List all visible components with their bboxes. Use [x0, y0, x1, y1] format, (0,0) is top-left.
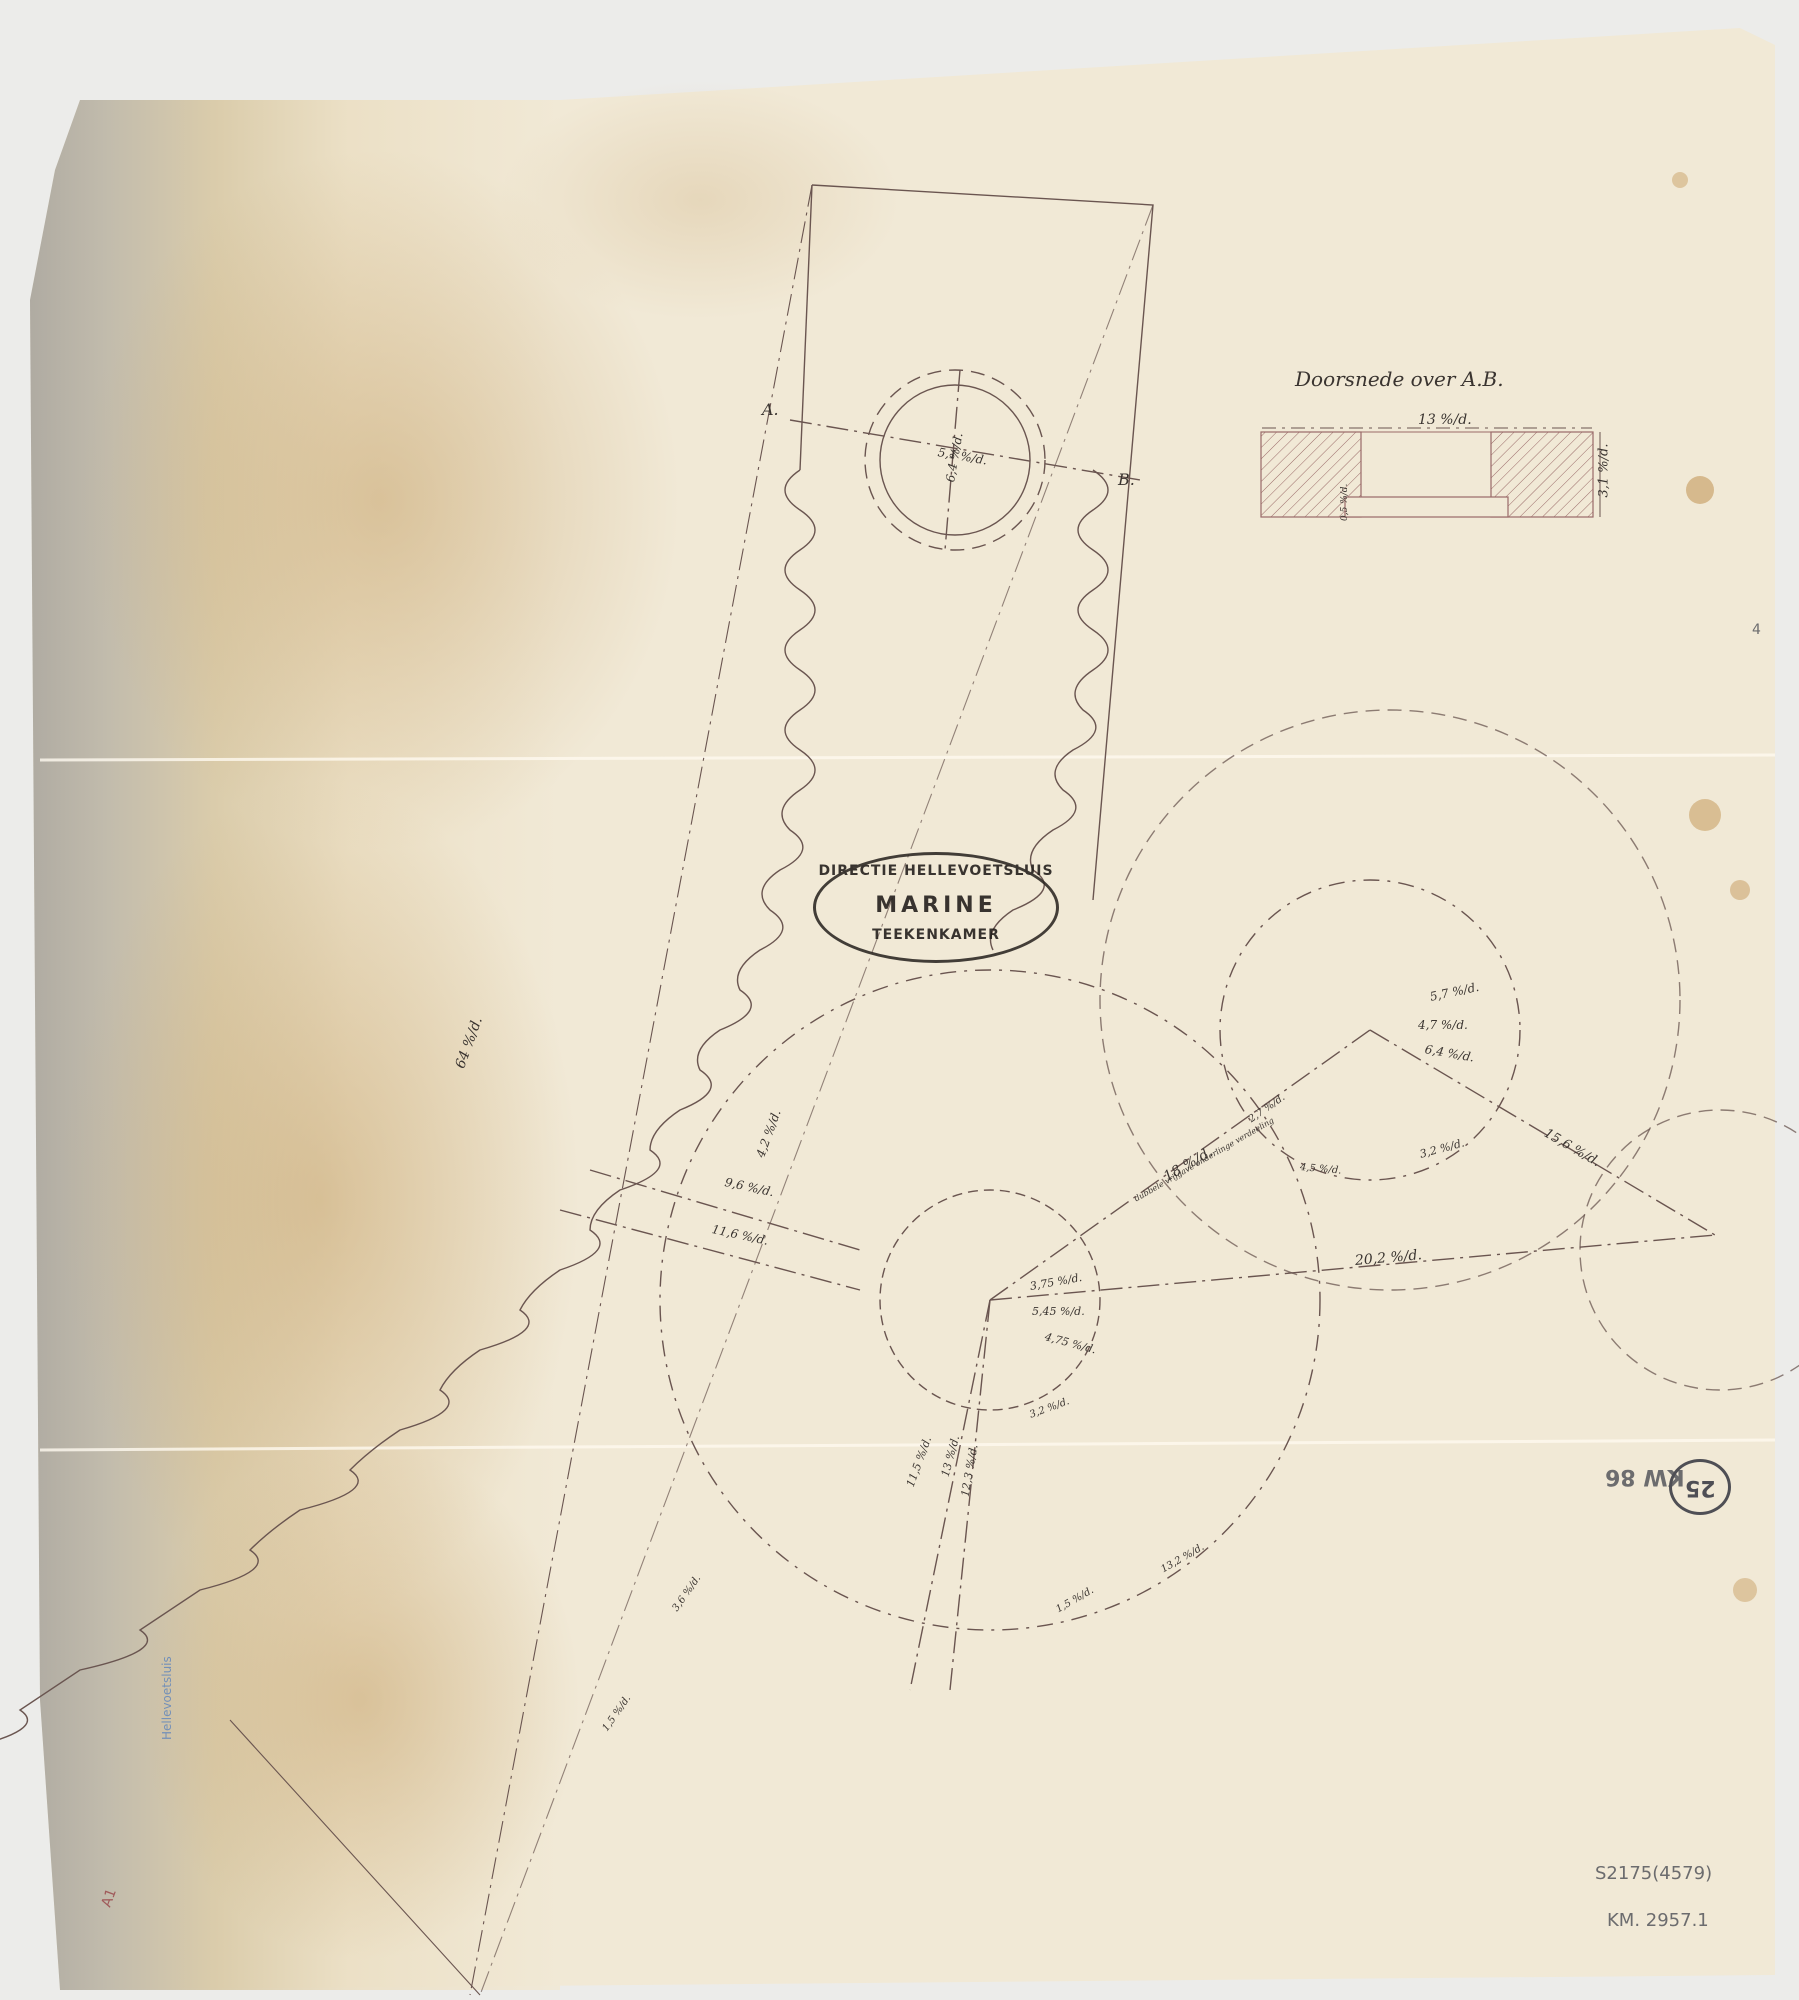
catalog-number-1: S2175(4579) — [1595, 1863, 1712, 1884]
stamp-top-text: DIRECTIE HELLEVOETSLUIS — [816, 863, 1056, 879]
dim-4-7: 4,7 %/d. — [1418, 1018, 1468, 1032]
archive-number-circle: 25 — [1669, 1459, 1731, 1515]
drawing-canvas — [0, 0, 1799, 2000]
marine-stamp: DIRECTIE HELLEVOETSLUIS MARINE TEEKENKAM… — [813, 852, 1059, 963]
dim-5-45: 5,45 %/d. — [1032, 1305, 1085, 1318]
point-a-label: A. — [762, 400, 779, 419]
stamp-middle-text: MARINE — [816, 893, 1056, 918]
catalog-number-2: KM. 2957.1 — [1607, 1910, 1709, 1931]
corner-mark: 4 — [1752, 622, 1761, 638]
section-width-label: 13 %/d. — [1418, 412, 1472, 428]
stamp-bottom-text: TEEKENKAMER — [816, 927, 1056, 943]
section-title: Doorsnede over A.B. — [1295, 367, 1504, 391]
archive-number: 25 — [1685, 1475, 1716, 1500]
section-height-label: 3,1 %/d. — [1597, 444, 1612, 498]
point-b-label: B. — [1118, 470, 1135, 489]
section-small-label: 0,5 %/d. — [1340, 484, 1350, 521]
blue-note: Hellevoetsluis — [160, 1656, 174, 1740]
drawing-sheet: Doorsnede over A.B. 13 %/d. 3,1 %/d. 0,5… — [0, 0, 1799, 2000]
